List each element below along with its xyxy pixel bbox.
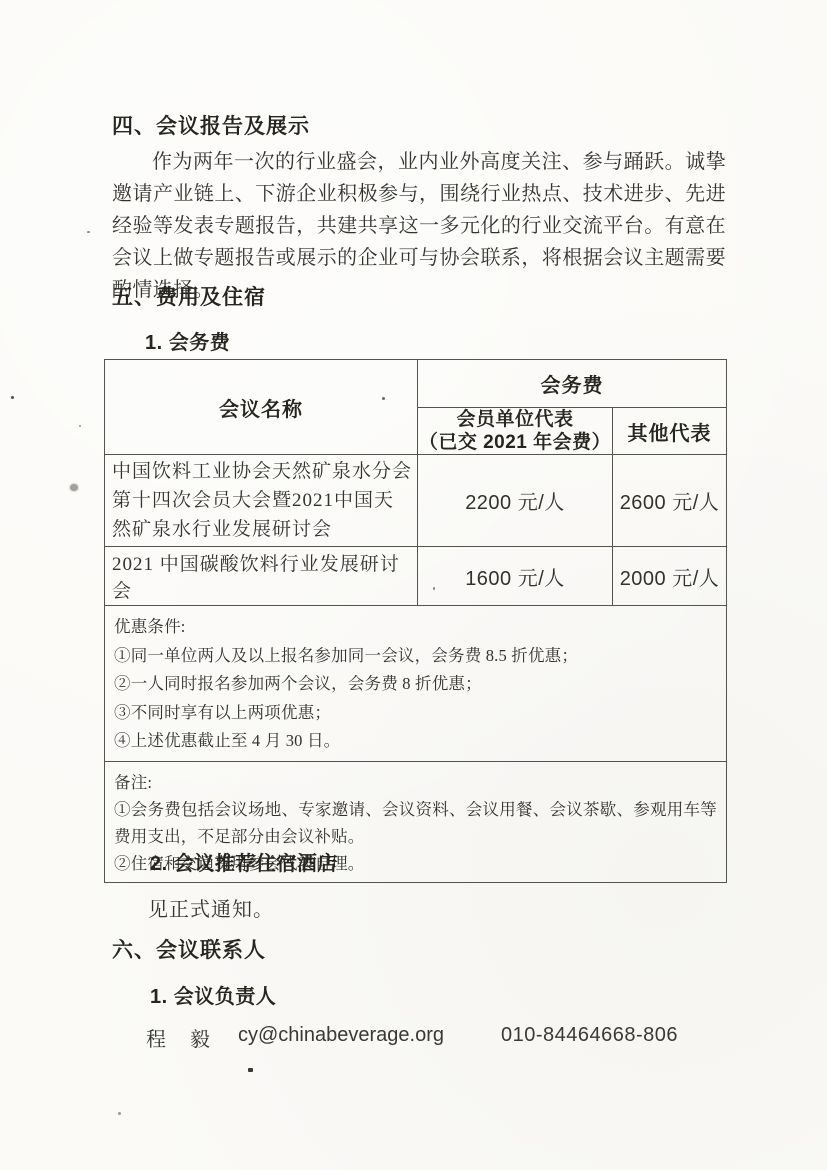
section6-heading: 六、会议联系人: [112, 934, 266, 964]
discount-item: ②一人同时报名参加两个会议，会务费 8 折优惠；: [114, 670, 717, 699]
fee-table-discount-row: 优惠条件: ①同一单位两人及以上报名参加同一会议，会务费 8.5 折优惠； ②一…: [105, 606, 727, 762]
scan-speck: [87, 231, 90, 233]
scan-speck: [79, 425, 81, 427]
meeting-name-cell: 中国饮料工业协会天然矿泉水分会第十四次会员大会暨2021中国天然矿泉水行业发展研…: [105, 455, 418, 547]
fee-table-col-other: 其他代表: [613, 408, 727, 455]
notes-title: 备注:: [114, 769, 717, 796]
scan-speck: [382, 397, 385, 400]
fee-table-header-row-1: 会议名称 会务费: [105, 360, 727, 408]
section5-sub1-heading: 1. 会务费: [145, 326, 230, 355]
contact-phone: 010-84464668-806: [501, 1024, 678, 1047]
discount-item: ④上述优惠截止至 4 月 30 日。: [114, 727, 717, 756]
discount-title: 优惠条件:: [114, 613, 717, 642]
scan-speck: [248, 1068, 253, 1072]
section5-sub2-body: 见正式通知。: [148, 893, 274, 922]
section6-sub1-heading: 1. 会议负责人: [150, 980, 276, 1009]
scan-speck: [70, 484, 78, 491]
member-fee-cell: 2200 元/人: [418, 455, 613, 547]
scan-speck: [118, 1112, 121, 1115]
section5-sub2-heading: 2. 会议推荐住宿酒店: [150, 847, 338, 876]
contact-name: 程 毅: [146, 1023, 212, 1052]
fee-table-row-1: 中国饮料工业协会天然矿泉水分会第十四次会员大会暨2021中国天然矿泉水行业发展研…: [105, 455, 727, 547]
other-fee-cell: 2600 元/人: [613, 455, 727, 547]
section4-heading: 四、会议报告及展示: [112, 110, 310, 140]
fee-table-col-member: 会员单位代表 （已交 2021 年会费）: [418, 408, 613, 455]
notes-item: ①会务费包括会议场地、专家邀请、会议资料、会议用餐、会议茶歇、参观用车等费用支出…: [114, 796, 717, 850]
section4-heading-text: 四、会议报告及展示: [112, 115, 310, 138]
section5-heading: 五、费用及住宿: [112, 281, 266, 311]
member-fee-cell: 1600 元/人: [418, 547, 613, 606]
scan-speck: [433, 587, 435, 590]
discount-item: ③不同时享有以上两项优惠；: [114, 699, 717, 728]
other-fee-cell: 2000 元/人: [613, 547, 727, 606]
fee-table: 会议名称 会务费 会员单位代表 （已交 2021 年会费） 其他代表 中国饮料工…: [104, 359, 727, 883]
discount-item: ①同一单位两人及以上报名参加同一会议，会务费 8.5 折优惠；: [114, 642, 717, 671]
contact-email: cy@chinabeverage.org: [238, 1024, 444, 1047]
fee-table-row-2: 2021 中国碳酸饮料行业发展研讨会 1600 元/人 2000 元/人: [105, 547, 727, 606]
meeting-name-cell: 2021 中国碳酸饮料行业发展研讨会: [105, 547, 418, 606]
scan-speck: [11, 396, 14, 399]
fee-table-col-meeting: 会议名称: [105, 360, 418, 455]
discount-block: 优惠条件: ①同一单位两人及以上报名参加同一会议，会务费 8.5 折优惠； ②一…: [105, 606, 727, 762]
contact-row: 程 毅 cy@chinabeverage.org 010-84464668-80…: [104, 1023, 726, 1053]
fee-table-col-fee-group: 会务费: [418, 360, 727, 408]
scanned-document-page: 四、会议报告及展示 作为两年一次的行业盛会，业内业外高度关注、参与踊跃。诚挚邀请…: [0, 0, 827, 1170]
